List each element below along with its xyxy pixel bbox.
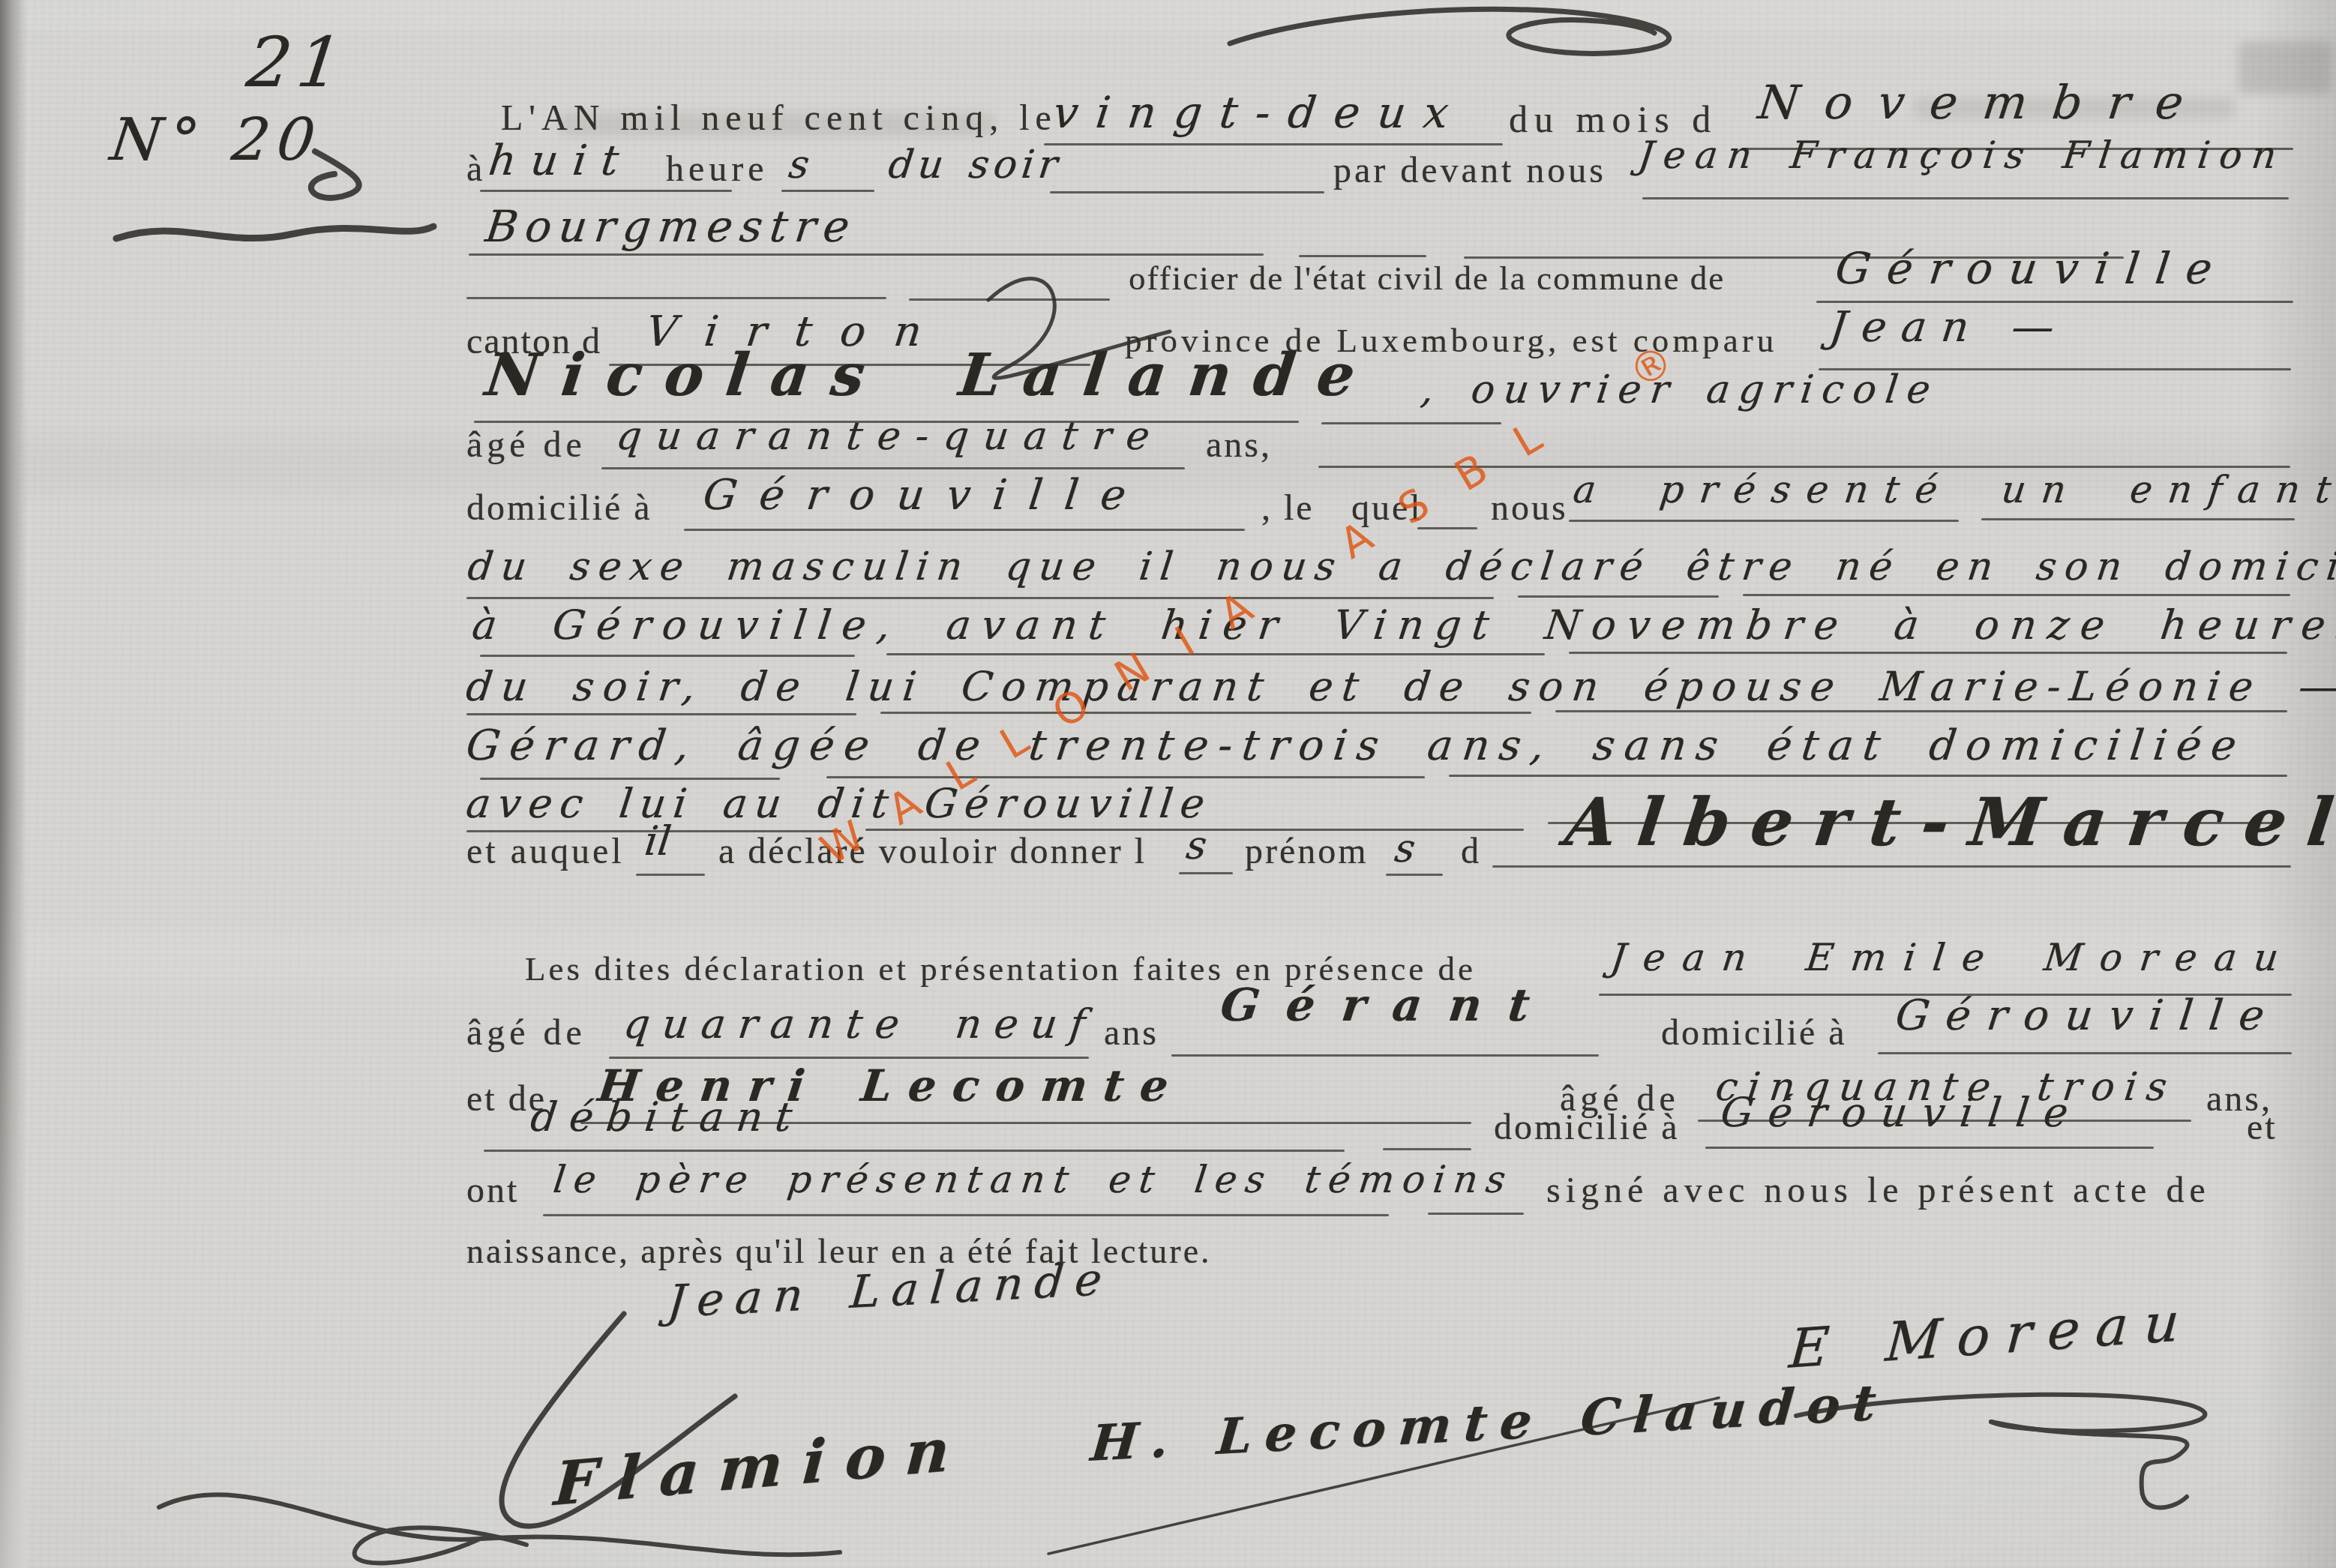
hw-time-of-day: du soir — [886, 142, 1064, 187]
fill-rule — [636, 874, 705, 876]
fill-rule — [909, 298, 1110, 301]
printed-year-opening: L'AN mil neuf cent cinq, le — [501, 97, 1057, 139]
hw-presented-child: a présenté un enfant — [1570, 468, 2336, 511]
hw-hour-plural-s: s — [786, 142, 811, 187]
hw-signing-parties: le père présentant et les témoins — [550, 1158, 1516, 1201]
hw-day: vingt-deux — [1051, 87, 1470, 138]
hw-witness2-occupation: débitant — [528, 1093, 807, 1141]
printed-years-label: ans, — [1206, 424, 1272, 466]
printed-aged-label: âgé de — [466, 424, 586, 466]
fill-rule — [1179, 872, 1233, 874]
flourish-top-paraph — [1230, 9, 1669, 53]
hw-declarant-name: Nicolas Lalande — [481, 341, 1381, 409]
flourish-margin-underline — [116, 226, 433, 238]
printed-domiciled-label: domicilié à — [466, 487, 652, 529]
fill-rule — [480, 190, 732, 192]
hw-plural-s-2: s — [1392, 826, 1417, 871]
hw-hour: huit — [486, 136, 637, 185]
fill-rule — [1321, 422, 1501, 424]
hw-witness1-domicile: Gérouville — [1893, 991, 2284, 1040]
fill-rule — [1705, 1147, 2154, 1149]
fill-rule — [1569, 652, 2287, 654]
fill-rule — [1449, 775, 2287, 777]
hw-officer-title: Bourgmestre — [483, 201, 860, 252]
hw-witness2-domicile: Gérouville — [1718, 1089, 2086, 1136]
fill-rule — [1383, 1148, 1471, 1150]
fill-rule — [1299, 255, 1426, 257]
hw-witness1-name: Jean Emile Moreau — [1608, 936, 2298, 979]
printed-civil-officer-commune: officier de l'état civil de la commune d… — [1129, 259, 1725, 298]
act-number: 21 — [242, 22, 352, 103]
printed-signed-with-us: signé avec nous le présent acte de — [1546, 1170, 2211, 1211]
printed-lequel-1: , le — [1261, 487, 1315, 529]
printed-et-auquel: et auquel — [466, 831, 625, 872]
printed-et-2: et — [2247, 1107, 2278, 1148]
printed-de: d — [1461, 831, 1481, 872]
fill-rule — [469, 253, 1264, 256]
hw-witness1-occupation: Gérant — [1218, 979, 1560, 1032]
hw-declarant-domicile: Gérouville — [700, 471, 1151, 520]
fill-rule — [1878, 1052, 2292, 1054]
fill-rule — [1050, 191, 1324, 193]
signature-officer: Flamion — [552, 1413, 972, 1519]
fill-rule — [480, 655, 855, 657]
printed-prenom: prénom — [1245, 831, 1369, 872]
fill-rule — [466, 297, 886, 299]
fill-rule — [466, 713, 856, 715]
hw-il: il — [642, 817, 673, 865]
printed-ont: ont — [466, 1170, 519, 1211]
flourish-witness2-tail — [1991, 1422, 2188, 1508]
fill-rule — [1428, 1213, 1524, 1215]
hw-mother-name-age: Gérard, âgée de trente-trois ans, sans é… — [463, 721, 2249, 770]
fill-rule — [1492, 865, 2291, 868]
hw-mother-intro: du soir, de lui Comparant et de son épou… — [463, 663, 2336, 710]
register-number: N° 20 — [106, 106, 325, 174]
printed-years-label-2: ans — [1104, 1012, 1159, 1054]
hw-declarant-age: quarante-quatre — [613, 414, 1167, 459]
hw-commune: Gérouville — [1833, 243, 2232, 294]
hw-witness1-age: quarante neuf — [621, 1000, 1100, 1048]
fill-rule — [781, 190, 874, 192]
fill-rule — [609, 1057, 1089, 1059]
fill-rule — [1044, 143, 1503, 145]
fill-rule — [484, 1150, 1345, 1152]
hw-month: Novembre — [1756, 75, 2212, 130]
fill-rule — [1171, 1054, 1599, 1057]
fill-rule — [1981, 518, 2295, 520]
fill-rule — [1642, 197, 2289, 199]
flourish-officer-swash — [159, 1495, 840, 1555]
hw-child-given-names: Albert-Marcel — [1561, 783, 2336, 861]
binding-edge-fade — [0, 787, 27, 1568]
fill-rule — [1386, 874, 1443, 876]
printed-domiciled-label-3: domicilié à — [1494, 1107, 1680, 1148]
signature-witness1: H. Lecomte Claudot — [1088, 1372, 1891, 1472]
printed-declared-give: a déclaré vouloir donner l — [718, 831, 1147, 872]
fill-rule — [601, 467, 1185, 469]
printed-aged-label-2: âgé de — [466, 1012, 586, 1054]
signature-witness2: E Moreau — [1787, 1289, 2197, 1380]
fill-rule — [1555, 710, 2287, 712]
hw-birth-place-date: à Gérouville, avant hier Vingt Novembre … — [469, 601, 2336, 649]
flourish-officer-loop — [355, 1528, 526, 1563]
fill-rule — [1743, 594, 2290, 596]
fill-rule — [1518, 595, 1719, 598]
printed-at: à — [466, 148, 484, 190]
fill-rule — [886, 653, 1545, 655]
printed-hour-label: heure — [666, 148, 769, 190]
ink-bleed-smudge — [2239, 41, 2332, 94]
register-scan-page: 21 N° 20 L'AN mil neuf cent cinq, le vin… — [0, 0, 2336, 1568]
printed-before-us: par devant nous — [1333, 150, 1606, 191]
fill-rule — [1569, 520, 1959, 522]
hw-sex-declaration: du sexe masculin que il nous a déclaré ê… — [465, 544, 2336, 589]
fill-rule — [466, 597, 1494, 599]
fill-rule — [543, 1214, 1389, 1216]
printed-domiciled-label-2: domicilié à — [1661, 1012, 1847, 1054]
printed-nous: nous — [1491, 487, 1568, 529]
hw-officer-name: Jean François Flamion — [1636, 133, 2288, 177]
fill-rule — [880, 712, 1531, 714]
fill-rule — [684, 529, 1245, 531]
hw-declarant-firstname: Jean — — [1827, 303, 2072, 352]
